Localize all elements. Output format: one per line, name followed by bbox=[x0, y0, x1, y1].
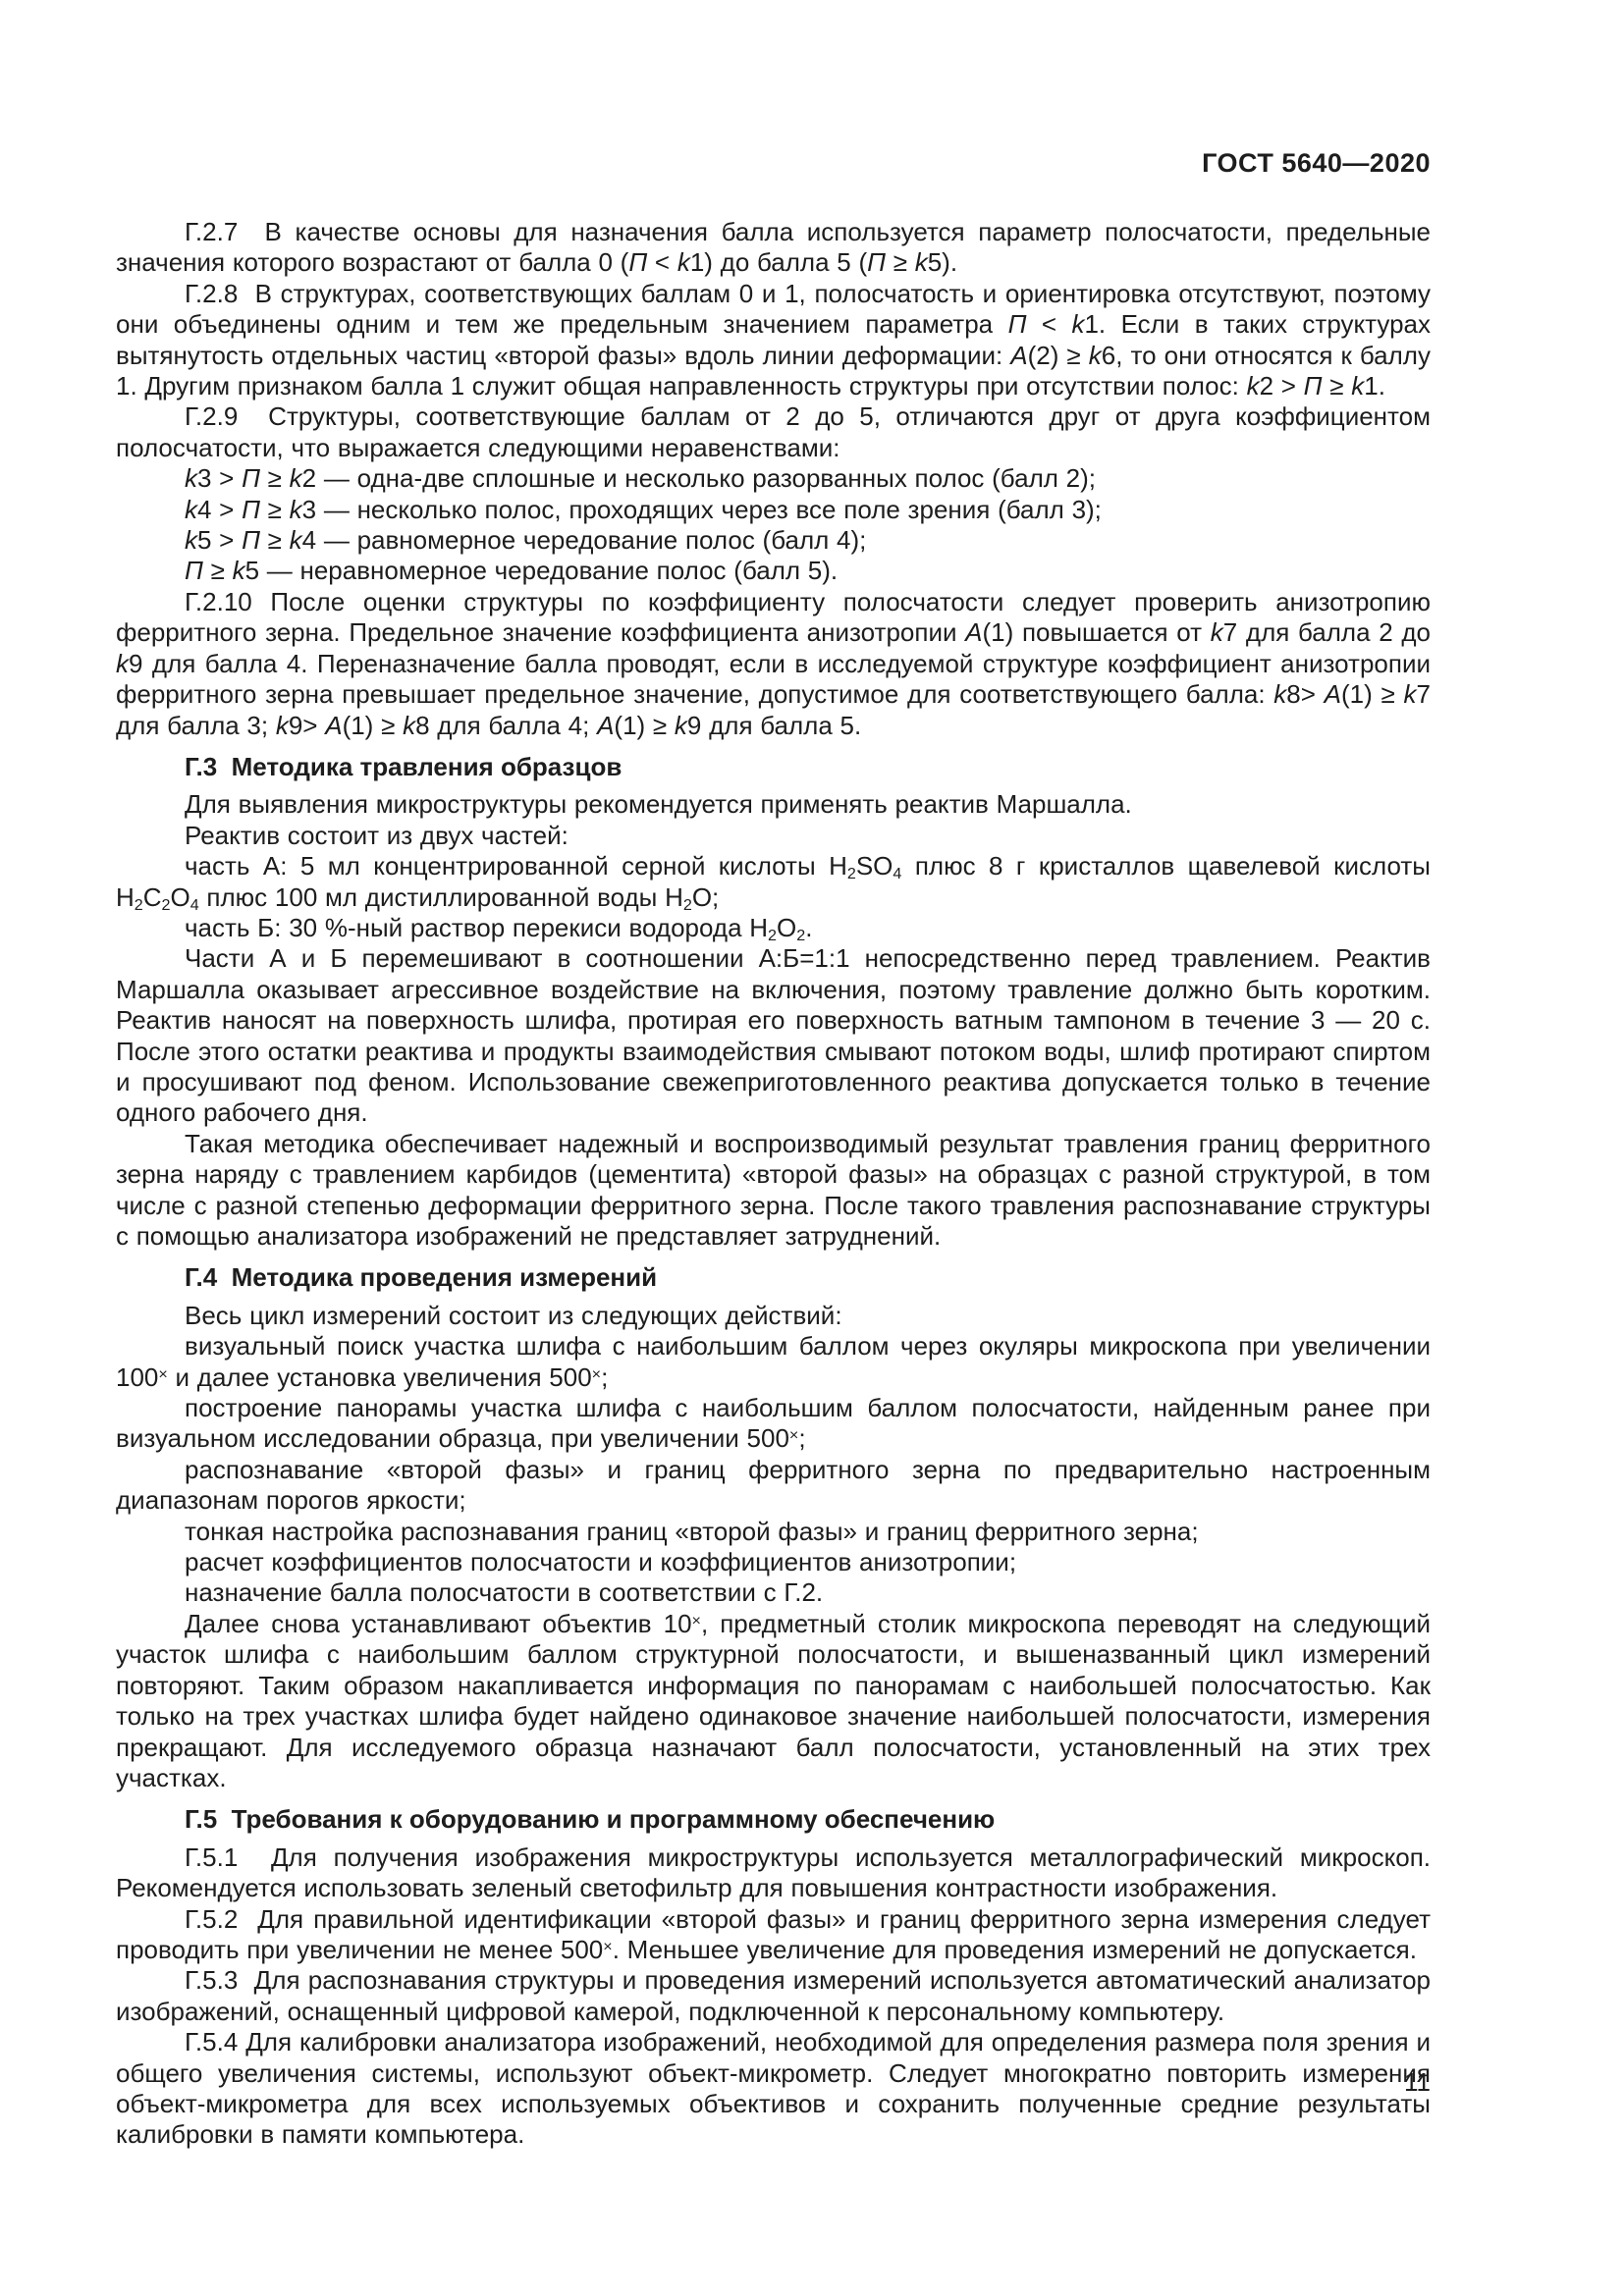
paragraph: Реактив состоит из двух частей: bbox=[116, 821, 1431, 851]
paragraph: визуальный поиск участка шлифа с наиболь… bbox=[116, 1331, 1431, 1393]
paragraph: распознавание «второй фазы» и границ фер… bbox=[116, 1455, 1431, 1517]
paragraph: расчет коэффициентов полосчатости и коэф… bbox=[116, 1547, 1431, 1577]
document-page: ГОСТ 5640—2020 Г.2.7 В качестве основы д… bbox=[0, 0, 1624, 2296]
paragraph: Г.2.10 После оценки структуры по коэффиц… bbox=[116, 587, 1431, 741]
paragraph: Г.5.3 Для распознавания структуры и пров… bbox=[116, 1965, 1431, 2027]
document-body: Г.2.7 В качестве основы для назначения б… bbox=[116, 217, 1431, 2151]
paragraph: Г.2.8 В структурах, соответствующих балл… bbox=[116, 279, 1431, 402]
paragraph: k5 > П ≥ k4 — равномерное чередование по… bbox=[116, 525, 1431, 556]
paragraph: Г.2.9 Структуры, соответствующие баллам … bbox=[116, 401, 1431, 463]
section-heading: Г.3 Методика травления образцов bbox=[116, 752, 1431, 782]
page-number: 11 bbox=[116, 2067, 1431, 2098]
paragraph: Весь цикл измерений состоит из следующих… bbox=[116, 1301, 1431, 1331]
paragraph: Г.2.7 В качестве основы для назначения б… bbox=[116, 217, 1431, 279]
paragraph: Г.5.1 Для получения изображения микростр… bbox=[116, 1842, 1431, 1904]
paragraph: Для выявления микроструктуры рекомендует… bbox=[116, 789, 1431, 820]
paragraph: Далее снова устанавливают объектив 10×, … bbox=[116, 1609, 1431, 1793]
paragraph: часть А: 5 мл концентрированной серной к… bbox=[116, 851, 1431, 913]
paragraph: k3 > П ≥ k2 — одна-две сплошные и нескол… bbox=[116, 463, 1431, 494]
paragraph: назначение балла полосчатости в соответс… bbox=[116, 1577, 1431, 1608]
section-heading: Г.4 Методика проведения измерений bbox=[116, 1262, 1431, 1293]
paragraph: часть Б: 30 %-ный раствор перекиси водор… bbox=[116, 913, 1431, 943]
section-heading: Г.5 Требования к оборудованию и программ… bbox=[116, 1804, 1431, 1835]
running-header: ГОСТ 5640—2020 bbox=[116, 147, 1431, 179]
paragraph: П ≥ k5 — неравномерное чередование полос… bbox=[116, 556, 1431, 586]
paragraph: k4 > П ≥ k3 — несколько полос, проходящи… bbox=[116, 495, 1431, 525]
paragraph: Такая методика обеспечивает надежный и в… bbox=[116, 1129, 1431, 1253]
paragraph: Части А и Б перемешивают в соотношении А… bbox=[116, 943, 1431, 1128]
paragraph: тонкая настройка распознавания границ «в… bbox=[116, 1517, 1431, 1547]
paragraph: Г.5.2 Для правильной идентификации «втор… bbox=[116, 1904, 1431, 1966]
paragraph: построение панорамы участка шлифа с наиб… bbox=[116, 1393, 1431, 1455]
